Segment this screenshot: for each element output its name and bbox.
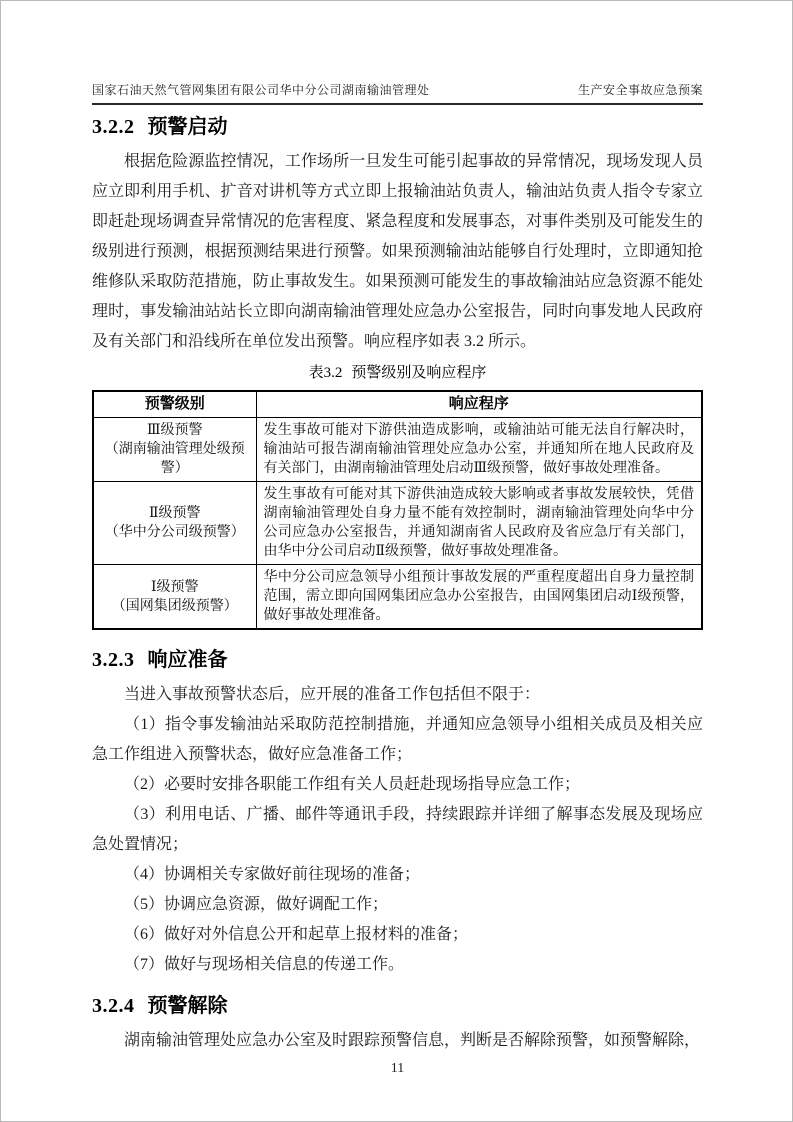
- section-number: 3.2.3: [92, 649, 135, 671]
- table-row-level-2: Ⅱ级预警 （华中分公司级预警） 发生事故有可能对其下游供油造成较大影响或者事故发…: [93, 482, 702, 565]
- list-item-6: （6）做好对外信息公开和起草上报材料的准备；: [92, 920, 703, 950]
- warning-levels-table: 预警级别 响应程序 Ⅲ级预警 （湖南输油管理处级预警） 发生事故可能对下游供油造…: [92, 390, 703, 630]
- paragraph-response-prep-intro: 当进入事故预警状态后，应开展的准备工作包括但不限于：: [92, 680, 703, 710]
- list-item-7: （7）做好与现场相关信息的传递工作。: [92, 950, 703, 980]
- column-header-warning-level: 预警级别: [93, 391, 256, 418]
- page-header: 国家石油天然气管网集团有限公司华中分公司湖南输油管理处 生产安全事故应急预案: [92, 81, 703, 105]
- list-item-5: （5）协调应急资源，做好调配工作；: [92, 890, 703, 920]
- table-header-row: 预警级别 响应程序: [93, 391, 702, 418]
- warning-level-note: （华中分公司级预警）: [98, 523, 252, 542]
- section-title: 预警启动: [148, 116, 228, 138]
- header-right-title: 生产安全事故应急预案: [578, 81, 703, 98]
- table-row-level-1: Ⅰ级预警 （国网集团级预警） 华中分公司应急领导小组预计事故发展的严重程度超出自…: [93, 565, 702, 630]
- paragraph-warning-release: 湖南输油管理处应急办公室及时跟踪预警信息，判断是否解除预警，如预警解除，: [92, 1026, 703, 1056]
- warning-level-name: Ⅲ级预警: [98, 421, 252, 440]
- list-item-3: （3）利用电话、广播、邮件等通讯手段，持续跟踪并详细了解事态发展及现场应急处置情…: [92, 800, 703, 860]
- table-row-level-3: Ⅲ级预警 （湖南输油管理处级预警） 发生事故可能对下游供油造成影响，或输油站可能…: [93, 418, 702, 482]
- list-item-2: （2）必要时安排各职能工作组有关人员赶赴现场指导应急工作；: [92, 770, 703, 800]
- warning-level-note: （湖南输油管理处级预警）: [98, 440, 252, 478]
- section-title: 预警解除: [148, 995, 228, 1017]
- column-header-response-procedure: 响应程序: [256, 391, 702, 418]
- page-number: 11: [92, 1061, 703, 1077]
- section-heading-3-2-4: 3.2.4预警解除: [92, 993, 703, 1020]
- list-item-1: （1）指令事发输油站采取防范控制措施，并通知应急领导小组相关成员及相关应急工作组…: [92, 710, 703, 770]
- document-page: 国家石油天然气管网集团有限公司华中分公司湖南输油管理处 生产安全事故应急预案 3…: [0, 0, 793, 1122]
- table-caption-label: 表3.2: [309, 365, 343, 381]
- response-procedure-cell: 发生事故可能对下游供油造成影响，或输油站可能无法自行解决时，输油站可报告湖南输油…: [256, 418, 702, 482]
- paragraph-warning-activation: 根据危险源监控情况，工作场所一旦发生可能引起事故的异常情况，现场发现人员应立即利…: [92, 147, 703, 357]
- list-item-4: （4）协调相关专家做好前往现场的准备；: [92, 860, 703, 890]
- warning-level-cell: Ⅰ级预警 （国网集团级预警）: [93, 565, 256, 630]
- section-title: 响应准备: [148, 649, 228, 671]
- table-caption-title: 预警级别及响应程序: [351, 365, 486, 381]
- warning-level-name: Ⅰ级预警: [98, 578, 252, 597]
- section-heading-3-2-3: 3.2.3响应准备: [92, 647, 703, 674]
- response-procedure-cell: 华中分公司应急领导小组预计事故发展的严重程度超出自身力量控制范围，需立即向国网集…: [256, 565, 702, 630]
- warning-level-cell: Ⅱ级预警 （华中分公司级预警）: [93, 482, 256, 565]
- section-heading-3-2-2: 3.2.2预警启动: [92, 114, 703, 141]
- table-caption: 表3.2预警级别及响应程序: [92, 362, 703, 384]
- warning-level-note: （国网集团级预警）: [98, 597, 252, 616]
- warning-level-cell: Ⅲ级预警 （湖南输油管理处级预警）: [93, 418, 256, 482]
- section-number: 3.2.4: [92, 995, 135, 1017]
- section-number: 3.2.2: [92, 116, 135, 138]
- warning-level-name: Ⅱ级预警: [98, 504, 252, 523]
- response-procedure-cell: 发生事故有可能对其下游供油造成较大影响或者事故发展较快，凭借湖南输油管理处自身力…: [256, 482, 702, 565]
- header-left-title: 国家石油天然气管网集团有限公司华中分公司湖南输油管理处: [92, 81, 430, 98]
